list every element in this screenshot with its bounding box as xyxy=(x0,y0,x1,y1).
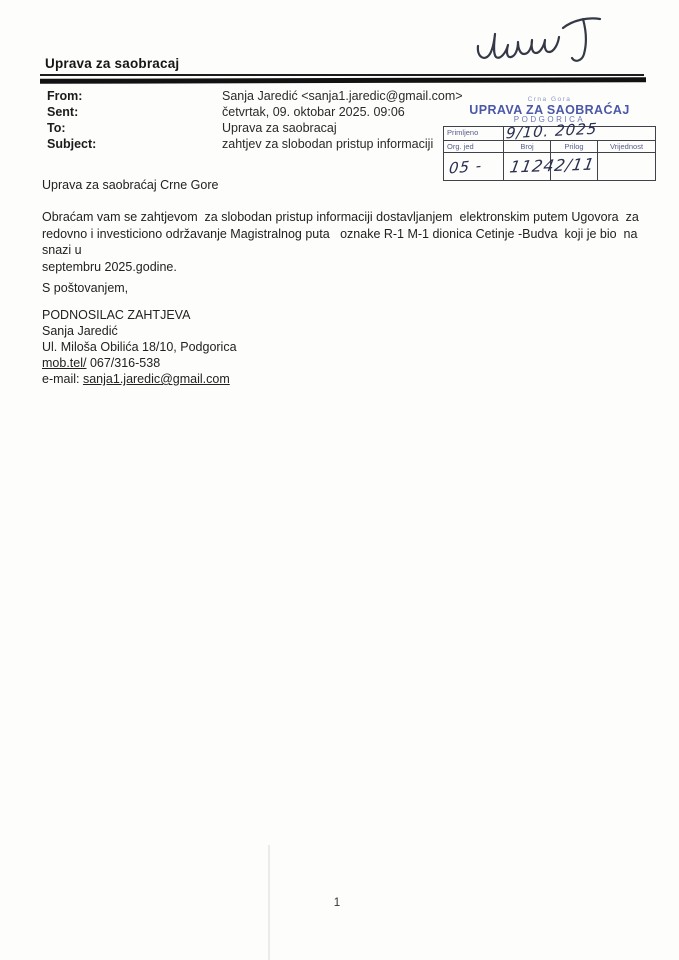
phone-number: 067/316-538 xyxy=(86,356,160,370)
stamp-row-column-headers: Org. jed Broj Prilog Vrijednost xyxy=(444,141,655,153)
stamp-col-org-jed: Org. jed xyxy=(444,141,504,152)
email-address: sanja1.jaredic@gmail.com xyxy=(83,372,230,386)
header-rule-thin xyxy=(40,74,644,76)
stamp-vrijednost-cell xyxy=(598,153,655,180)
page-number: 1 xyxy=(322,897,352,909)
request-paragraph: Obraćam vam se zahtjevom za slobodan pri… xyxy=(42,209,642,275)
received-stamp: Crna Gora UPRAVA ZA SAOBRAĆAJ PODGORICA … xyxy=(443,96,656,181)
handwritten-signature xyxy=(468,10,618,75)
handwritten-broj-value: 11242/11 xyxy=(508,154,596,176)
scan-fold-artifact xyxy=(268,845,270,960)
subject-label: Subject: xyxy=(47,137,222,151)
stamp-received-label: Primljeno xyxy=(444,127,504,140)
paragraph-line-3: septembru 2025.godine. xyxy=(42,259,642,276)
stamp-col-prilog: Prilog xyxy=(551,141,598,152)
paragraph-line-1: Obraćam vam se zahtjevom za slobodan pri… xyxy=(42,209,642,226)
handwritten-org-jed-value: 05 - xyxy=(448,156,483,177)
sent-label: Sent: xyxy=(47,105,222,119)
scanned-document-page: Uprava za saobracaj From: Sanja Jaredić … xyxy=(0,0,679,960)
signature-block: PODNOSILAC ZAHTJEVA Sanja Jaredić Ul. Mi… xyxy=(42,307,642,387)
phone-label: mob.tel/ xyxy=(42,356,86,370)
signature-phone: mob.tel/ 067/316-538 xyxy=(42,355,642,371)
from-label: From: xyxy=(47,89,222,103)
stamp-col-broj: Broj xyxy=(504,141,551,152)
stamp-registry-table: Primljeno Org. jed Broj Prilog Vrijednos… xyxy=(443,126,656,181)
header-rule-thick xyxy=(40,77,646,83)
stamp-country-text: Crna Gora xyxy=(443,96,656,103)
signature-address: Ul. Miloša Obilića 18/10, Podgorica xyxy=(42,339,642,355)
to-label: To: xyxy=(47,121,222,135)
stamp-col-vrijednost: Vrijednost xyxy=(598,141,655,152)
signature-role: PODNOSILAC ZAHTJEVA xyxy=(42,307,642,323)
signature-email: e-mail: sanja1.jaredic@gmail.com xyxy=(42,371,642,387)
paragraph-line-2: redovno i investiciono održavanje Magist… xyxy=(42,226,642,259)
document-title: Uprava za saobracaj xyxy=(45,56,179,71)
email-label: e-mail: xyxy=(42,372,83,386)
salutation: Uprava za saobraćaj Crne Gore xyxy=(42,178,642,192)
signature-name: Sanja Jaredić xyxy=(42,323,642,339)
closing-phrase: S poštovanjem, xyxy=(42,281,642,295)
